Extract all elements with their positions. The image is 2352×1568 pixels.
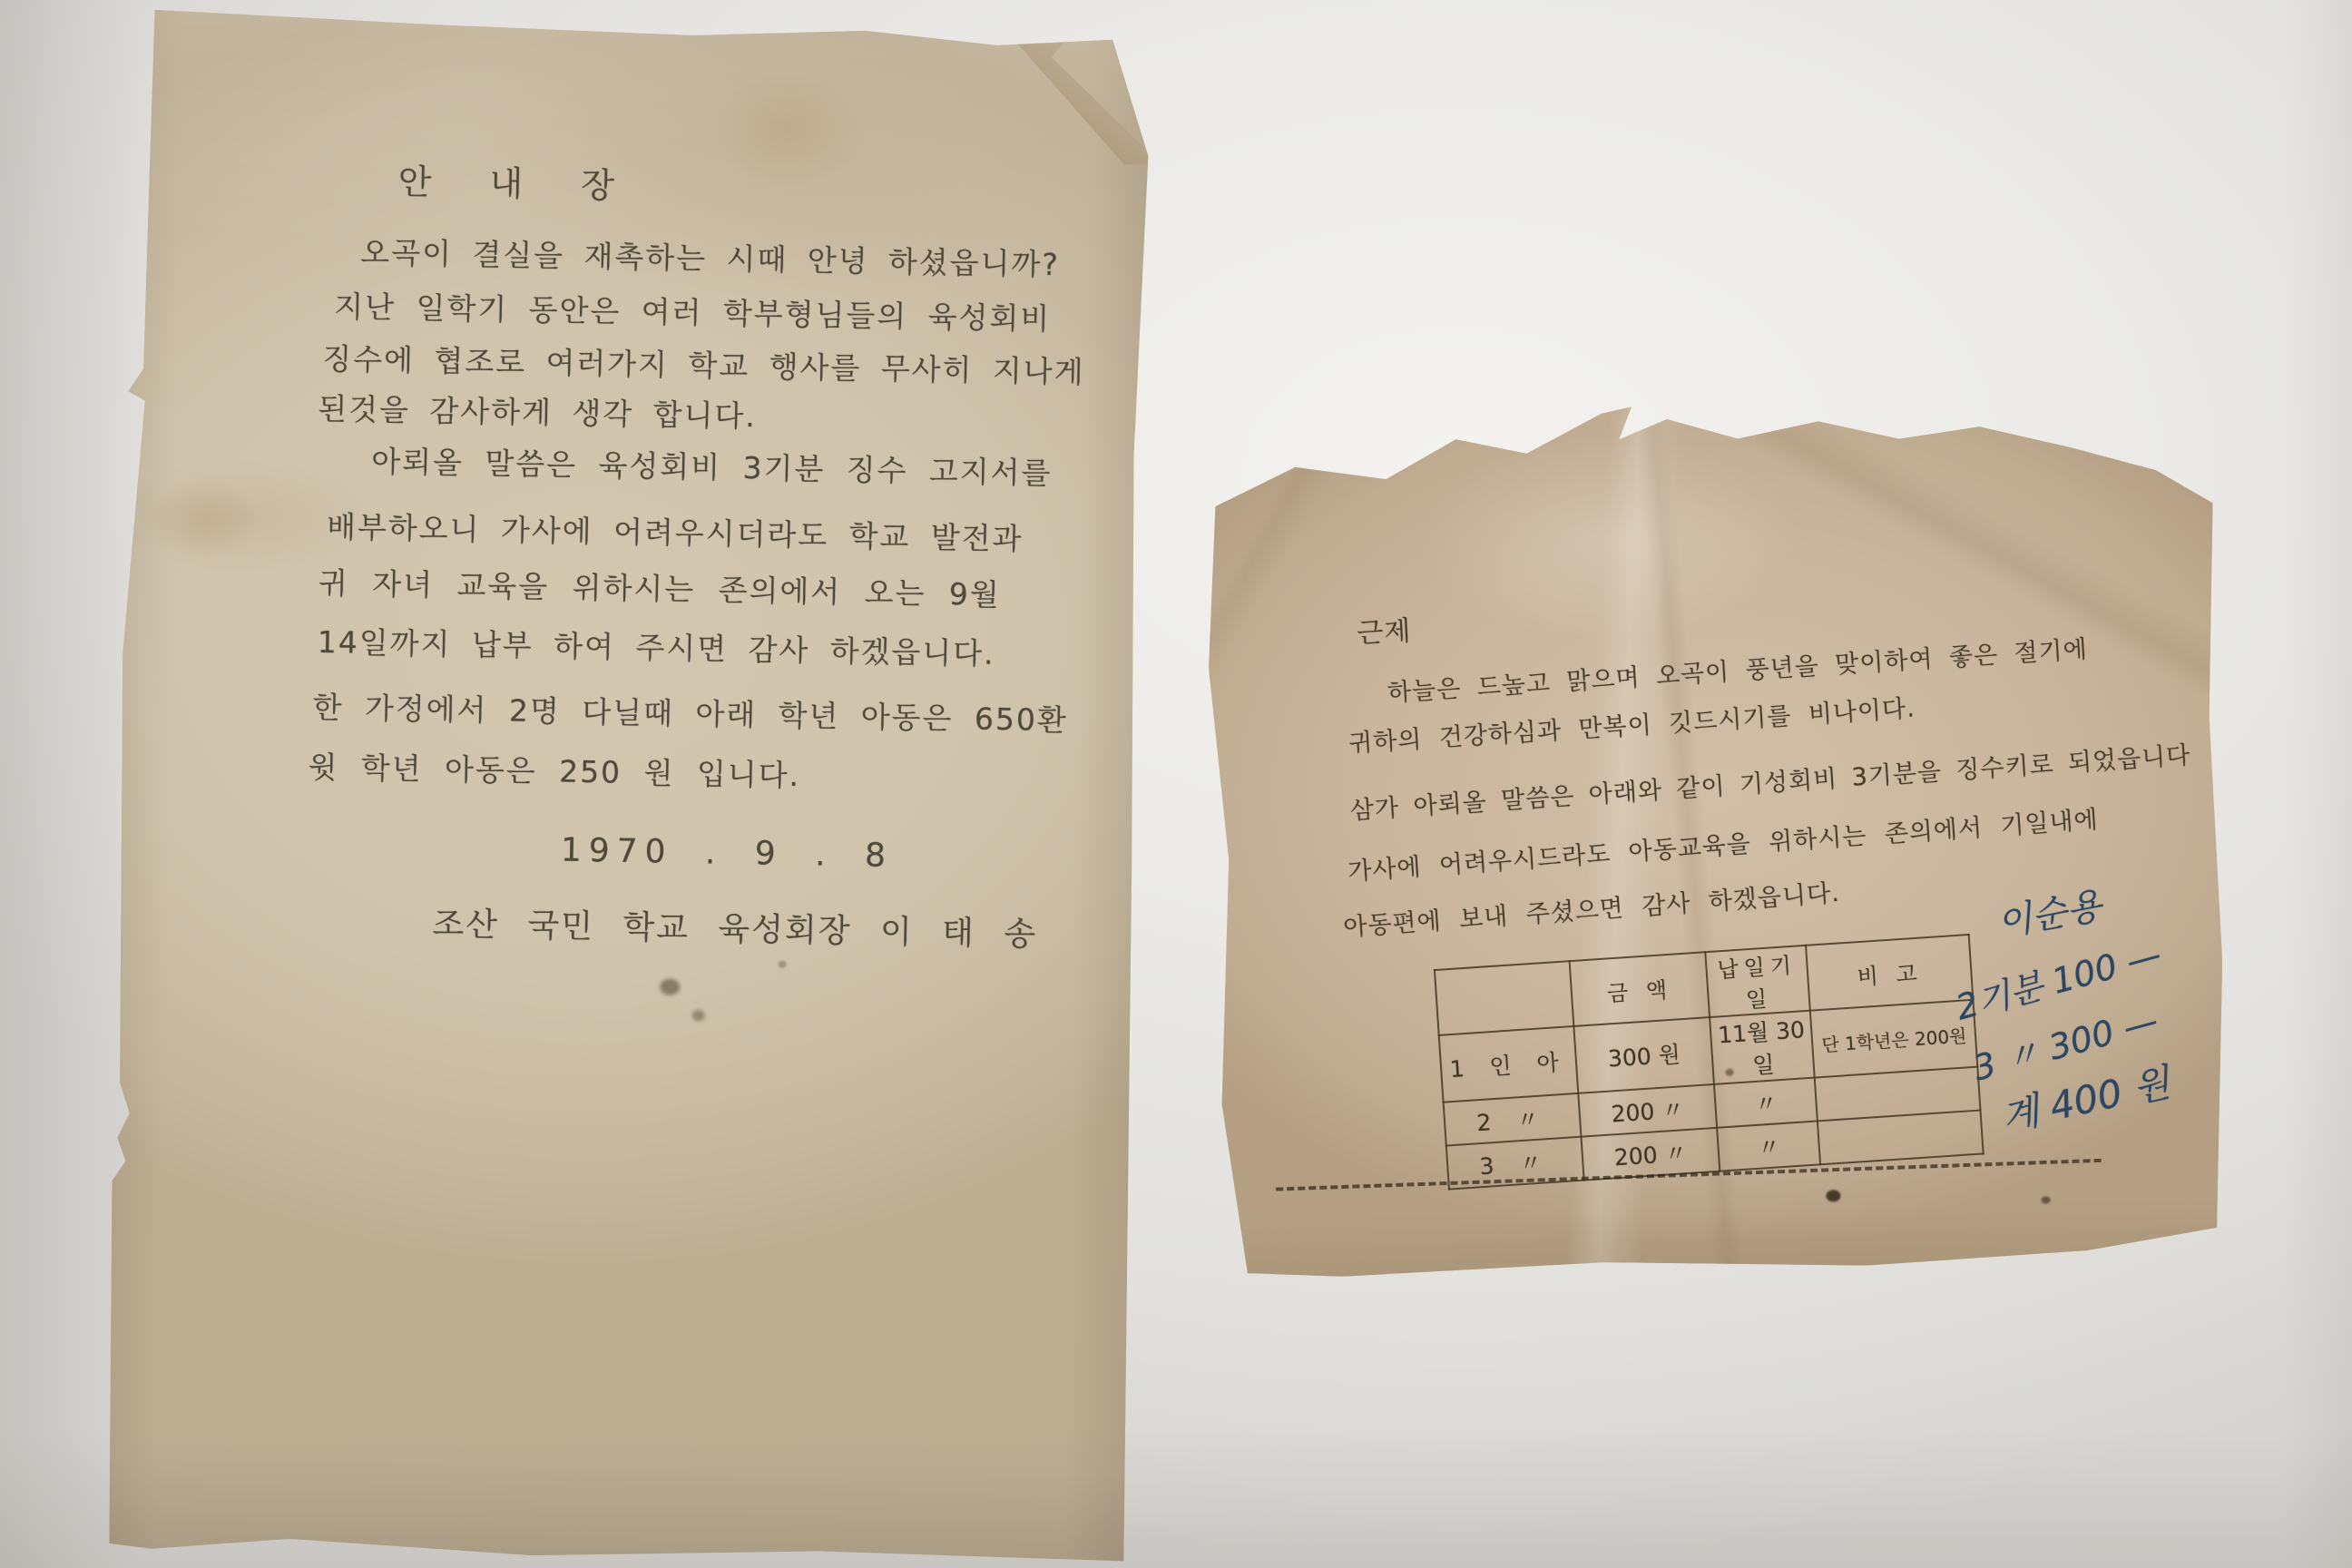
body-line-6: 배부하오니 가사에 어려우시더라도 학교 발전과 <box>327 504 1024 558</box>
body-line-1: 하늘은 드높고 맑으며 오곡이 풍년을 맞이하여 좋은 절기에 <box>1387 629 2089 708</box>
body-line-7: 귀 자녀 교육을 위하시는 존의에서 오는 9월 <box>318 560 1002 614</box>
annotation-name: 이순용 <box>1993 877 2105 947</box>
table-cell: 300 원 <box>1574 1017 1715 1093</box>
paper-stain <box>779 961 787 968</box>
paper-stain <box>692 1010 705 1021</box>
fee-table: 금 액 납일기일 비 고 1 인 아 300 원 11월 30일 단 1학년은 … <box>1434 934 1984 1191</box>
date-line: 1970 . 9 . 8 <box>561 832 894 875</box>
table-header-amount: 금 액 <box>1570 952 1710 1026</box>
table-cell: 〃 <box>1717 1121 1820 1171</box>
photo-of-documents: 안 내 장 오곡이 결실을 재촉하는 시때 안녕 하셨읍니까? 지난 일학기 동… <box>0 0 2352 1568</box>
table-cell: 〃 <box>1714 1078 1818 1128</box>
body-line-3: 징수에 협조로 여러가지 학교 행사를 무사히 지나게 <box>322 336 1085 392</box>
salutation: 근제 <box>1356 608 1412 651</box>
ink-blot <box>1826 1190 1840 1201</box>
body-line-9: 한 가정에서 2명 다닐때 아래 학년 아동은 650환 <box>312 684 1068 740</box>
table-header-due-date: 납일기일 <box>1705 946 1810 1017</box>
paper-stain <box>710 70 867 191</box>
signature-line: 조산 국민 학교 육성회장 이 태 송 <box>432 898 1038 955</box>
paper-stain <box>150 478 260 562</box>
body-line-8: 14일까지 납부 하여 주시면 감사 하겠읍니다. <box>317 619 995 673</box>
document-title: 안 내 장 <box>397 153 638 208</box>
table-cell: 단 1학년은 200원 <box>1810 1000 1977 1078</box>
paper-stain <box>660 978 680 995</box>
ink-blot <box>2041 1196 2050 1203</box>
table-header-empty <box>1435 961 1574 1035</box>
body-line-2: 지난 일학기 동안은 여러 학부형님들의 육성회비 <box>334 283 1052 338</box>
left-document-paper: 안 내 장 오곡이 결실을 재촉하는 시때 안녕 하셨읍니까? 지난 일학기 동… <box>105 5 1150 1565</box>
body-line-5: 아동편에 보내 주셨으면 감사 하겠읍니다. <box>1342 873 1841 943</box>
body-line-10: 윗 학년 아동은 250 원 입니다. <box>308 744 800 795</box>
folded-corner <box>988 19 1152 165</box>
table-cell: 1 인 아 <box>1439 1026 1579 1102</box>
table-header-remarks: 비 고 <box>1807 935 1974 1011</box>
body-line-4: 된것을 감사하게 생각 합니다. <box>318 386 757 436</box>
body-line-5: 아뢰올 말씀은 육성회비 3기분 징수 고지서를 <box>371 438 1053 493</box>
body-line-1: 오곡이 결실을 재촉하는 시때 안녕 하셨읍니까? <box>360 230 1060 284</box>
right-document-paper: 근제 하늘은 드높고 맑으며 오곡이 풍년을 맞이하여 좋은 절기에 귀하의 건… <box>1203 385 2229 1279</box>
